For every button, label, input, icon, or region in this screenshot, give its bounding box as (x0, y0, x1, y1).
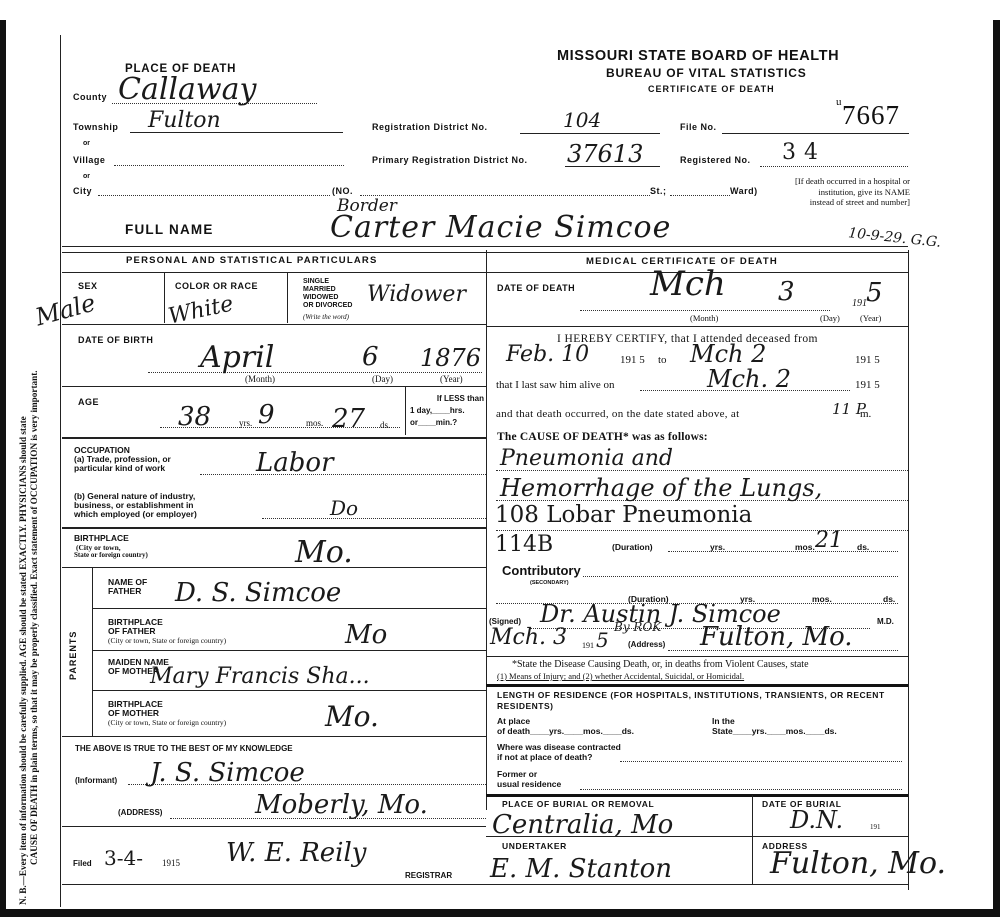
former-residence-field[interactable] (580, 789, 902, 790)
village-label: Village (73, 155, 105, 165)
cause-duration-days[interactable]: 21 (815, 528, 843, 553)
mother-maiden-name-value[interactable]: Mary Francis Sha... (150, 664, 370, 689)
informant-value[interactable]: J. S. Simcoe (150, 758, 305, 788)
last-saw-label: that I last saw him alive on (496, 379, 615, 391)
side-note-line1: N. B.—Every item of information should b… (18, 370, 29, 905)
birthplace-value[interactable]: Mo. (295, 535, 353, 570)
informant-label: (Informant) (75, 777, 117, 785)
age-days-value[interactable]: 27 (332, 404, 365, 434)
true-statement: THE ABOVE IS TRUE TO THE BEST OF MY KNOW… (75, 745, 293, 753)
disease-note-2: (1) Means of Injury; and (2) whether Acc… (497, 671, 744, 681)
age-label: AGE (78, 397, 99, 407)
disease-contracted-field[interactable] (620, 761, 902, 762)
burial-place-label: PLACE OF BURIAL OR REMOVAL (502, 800, 654, 808)
certificate-caption: CERTIFICATE OF DEATH (648, 84, 775, 94)
date-of-birth-label: DATE OF BIRTH (78, 335, 153, 345)
disease-note-1: *State the Disease Causing Death, or, in… (512, 659, 809, 670)
township-label: Township (73, 122, 118, 132)
hospital-note: [If death occurred in a hospital or inst… (795, 176, 910, 208)
dob-month-value[interactable]: April (200, 340, 274, 375)
primary-district-label: Primary Registration District No. (372, 155, 528, 165)
disease-contracted-label: if not at place of death? (497, 753, 592, 761)
dob-year-value[interactable]: 1876 (420, 344, 481, 372)
filed-date-value[interactable]: 3-4- (104, 846, 143, 870)
attended-from-value[interactable]: Feb. 10 (506, 342, 589, 367)
cause-line-4[interactable]: 114B (495, 532, 553, 557)
registration-district-label: Registration District No. (372, 122, 488, 132)
informant-address-value[interactable]: Moberly, Mo. (255, 790, 428, 820)
file-no-value[interactable]: 7667 (842, 100, 900, 131)
contributory-label: Contributory (502, 563, 581, 578)
registration-district-value[interactable]: 104 (563, 108, 601, 132)
attended-to-value[interactable]: Mch 2 (690, 340, 766, 368)
primary-district-value[interactable]: 37613 (567, 140, 643, 168)
last-saw-value[interactable]: Mch. 2 (707, 365, 791, 393)
marital-hint: (Write the word) (303, 313, 349, 321)
occurred-label: and that death occurred, on the date sta… (496, 408, 739, 420)
undertaker-address-value[interactable]: Fulton, Mo. (770, 846, 946, 881)
form-right-rule (908, 250, 909, 890)
street-field[interactable] (360, 195, 650, 196)
date-of-death-label: DATE OF DEATH (497, 283, 575, 293)
parents-label: PARENTS (68, 631, 78, 680)
occupation-trade-value[interactable]: Labor (256, 448, 334, 478)
township-value[interactable]: Fulton (148, 108, 221, 133)
dod-year-value[interactable]: 5 (866, 278, 883, 308)
signed-date-value[interactable]: Mch. 3 (490, 625, 567, 650)
physician-address-label: (Address) (628, 641, 665, 649)
center-divider (486, 250, 487, 810)
full-name-label: FULL NAME (125, 222, 214, 237)
ward-label: Ward) (730, 186, 758, 196)
st-label: St.; (650, 186, 667, 196)
cause-line-3[interactable]: 108 Lobar Pneumonia (495, 502, 752, 528)
birthplace-label: BIRTHPLACE (74, 534, 129, 543)
age-months-value[interactable]: 9 (258, 400, 275, 430)
full-name-value[interactable]: Carter Macie Simcoe (330, 210, 671, 245)
in-state-duration: State____yrs.____mos.____ds. (712, 727, 837, 735)
cause-line-1[interactable]: Pneumonia and (500, 446, 673, 471)
dod-month-value[interactable]: Mch (650, 264, 726, 304)
at-place-duration: of death____yrs.____mos.____ds. (497, 727, 634, 735)
bottom-border-bar (0, 909, 1000, 917)
father-name-value[interactable]: D. S. Simcoe (175, 578, 341, 608)
dod-day-value[interactable]: 3 (778, 277, 795, 307)
registered-no-label: Registered No. (680, 155, 751, 165)
cause-line-2[interactable]: Hemorrhage of the Lungs, (500, 474, 822, 502)
city-label: City (73, 186, 92, 196)
registered-no-value[interactable]: 34 (782, 140, 826, 165)
personal-heading: PERSONAL AND STATISTICAL PARTICULARS (126, 255, 378, 266)
board-title: MISSOURI STATE BOARD OF HEALTH (557, 48, 839, 64)
signed-by: By ROK (614, 620, 661, 634)
mother-birthplace-value[interactable]: Mo. (325, 700, 379, 733)
informant-address-label: (ADDRESS) (118, 809, 162, 817)
city-field[interactable] (98, 195, 330, 196)
undertaker-value[interactable]: E. M. Stanton (490, 854, 672, 884)
street-no-label: (NO. (332, 186, 353, 196)
former-residence-label: usual residence (497, 780, 561, 788)
physician-address-value[interactable]: Fulton, Mo. (700, 622, 853, 652)
registrar-label: REGISTRAR (405, 872, 452, 880)
bureau-subtitle: BUREAU OF VITAL STATISTICS (606, 66, 807, 80)
contributory-field[interactable] (583, 576, 898, 577)
right-border-bar (993, 20, 1000, 915)
burial-date-value[interactable]: D.N. (790, 806, 843, 834)
village-field[interactable] (114, 165, 344, 166)
less-than-day: If LESS than 1 day,____hrs. or____min.? (410, 393, 484, 429)
filed-label: Filed (73, 860, 92, 868)
form-left-rule (60, 35, 61, 907)
residence-heading: LENGTH OF RESIDENCE (FOR HOSPITALS, INST… (497, 690, 902, 712)
cause-of-death-label: The CAUSE OF DEATH* was as follows: (497, 431, 708, 443)
marital-options: SINGLE MARRIED WIDOWED OR DIVORCED (303, 278, 352, 310)
county-value[interactable]: Callaway (118, 72, 256, 107)
filed-year: 1915 (162, 858, 180, 868)
occupation-industry-value[interactable]: Do (330, 496, 358, 520)
undertaker-label: UNDERTAKER (502, 842, 567, 850)
age-years-value[interactable]: 38 (178, 402, 211, 432)
certify-text: I HEREBY CERTIFY, that I attended deceas… (557, 333, 818, 345)
dob-day-value[interactable]: 6 (362, 342, 379, 372)
county-label: County (73, 92, 107, 102)
registrar-signature[interactable]: W. E. Reily (226, 838, 367, 868)
side-note-line2: CAUSE OF DEATH in plain terms, so that i… (29, 370, 40, 905)
file-no-label: File No. (680, 122, 717, 132)
father-birthplace-value[interactable]: Mo (345, 620, 387, 650)
color-label: COLOR OR RACE (175, 281, 258, 291)
marital-status-value[interactable]: Widower (367, 282, 466, 307)
side-instructions: N. B.—Every item of information should b… (0, 0, 36, 917)
